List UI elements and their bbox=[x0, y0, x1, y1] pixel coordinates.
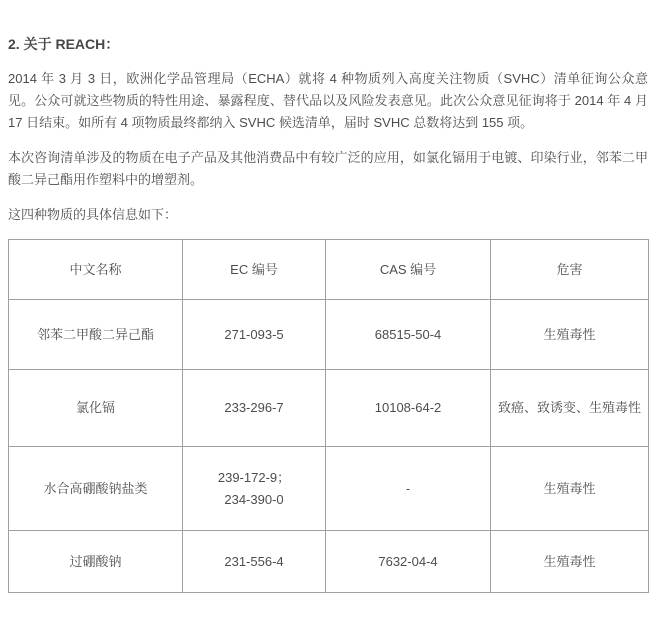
cell-hazard: 致癌、致诱变、生殖毒性 bbox=[491, 370, 649, 447]
col-header-cas-number: CAS 编号 bbox=[326, 240, 491, 300]
cell-ec-number: 239-172-9； 234-390-0 bbox=[183, 447, 326, 531]
cell-chinese-name: 邻苯二甲酸二异己酯 bbox=[9, 300, 183, 370]
document-body: 2. 关于 REACH： 2014 年 3 月 3 日，欧洲化学品管理局（ECH… bbox=[0, 0, 656, 593]
paragraph-announcement: 2014 年 3 月 3 日，欧洲化学品管理局（ECHA）就将 4 种物质列入高… bbox=[8, 68, 648, 134]
cell-cas-number: 10108-64-2 bbox=[326, 370, 491, 447]
page: { "doc": { "heading": "2. 关于 REACH：", "p… bbox=[0, 0, 656, 634]
cell-chinese-name: 过硼酸钠 bbox=[9, 531, 183, 593]
cell-chinese-name: 氯化镉 bbox=[9, 370, 183, 447]
cell-cas-number: 68515-50-4 bbox=[326, 300, 491, 370]
table-row: 过硼酸钠 231-556-4 7632-04-4 生殖毒性 bbox=[9, 531, 649, 593]
table-row: 邻苯二甲酸二异己酯 271-093-5 68515-50-4 生殖毒性 bbox=[9, 300, 649, 370]
cell-chinese-name: 水合高硼酸钠盐类 bbox=[9, 447, 183, 531]
col-header-hazard: 危害 bbox=[491, 240, 649, 300]
cell-ec-number: 233-296-7 bbox=[183, 370, 326, 447]
col-header-chinese-name: 中文名称 bbox=[9, 240, 183, 300]
table-row: 氯化镉 233-296-7 10108-64-2 致癌、致诱变、生殖毒性 bbox=[9, 370, 649, 447]
cell-hazard: 生殖毒性 bbox=[491, 447, 649, 531]
svhc-substances-table: 中文名称 EC 编号 CAS 编号 危害 邻苯二甲酸二异己酯 271-093-5… bbox=[8, 239, 649, 593]
cell-cas-number: - bbox=[326, 447, 491, 531]
table-header-row: 中文名称 EC 编号 CAS 编号 危害 bbox=[9, 240, 649, 300]
cell-hazard: 生殖毒性 bbox=[491, 300, 649, 370]
col-header-ec-number: EC 编号 bbox=[183, 240, 326, 300]
cell-ec-number: 231-556-4 bbox=[183, 531, 326, 593]
paragraph-table-intro: 这四种物质的具体信息如下： bbox=[8, 204, 648, 226]
table-row: 水合高硼酸钠盐类 239-172-9； 234-390-0 - 生殖毒性 bbox=[9, 447, 649, 531]
cell-hazard: 生殖毒性 bbox=[491, 531, 649, 593]
section-heading: 2. 关于 REACH： bbox=[8, 34, 648, 54]
cell-cas-number: 7632-04-4 bbox=[326, 531, 491, 593]
paragraph-applications: 本次咨询清单涉及的物质在电子产品及其他消费品中有较广泛的应用，如氯化镉用于电镀、… bbox=[8, 147, 648, 191]
cell-ec-number: 271-093-5 bbox=[183, 300, 326, 370]
